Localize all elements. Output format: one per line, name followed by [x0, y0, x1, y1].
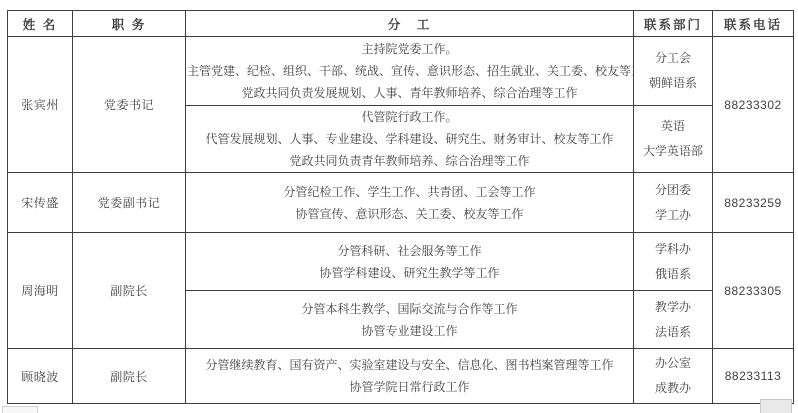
screenshot-corner-artifact-right [760, 399, 792, 413]
duty-line: 协管专业建设工作 [187, 320, 632, 342]
phone-cell: 88233302 [713, 37, 794, 173]
duties-cell: 分管科研、社会服务等工作协管学科建设、研究生教学等工作 [186, 233, 634, 291]
duties-cell: 代管院行政工作。代管发展规划、人事、专业建设、学科建设、研究生、财务审计、校友等… [186, 106, 634, 173]
screenshot-corner-artifact-left [2, 406, 38, 413]
department-cell: 分团委学工办 [634, 173, 713, 233]
department-line: 英语 [635, 114, 711, 139]
department-cell: 学科办俄语系 [634, 233, 713, 291]
duty-line: 党政共同负责发展规划、人事、青年教师培养、综合治理等工作 [187, 82, 632, 104]
duty-line: 分管本科生教学、国际交流与合作等工作 [187, 298, 632, 320]
title-cell: 副院长 [73, 349, 186, 404]
name-cell: 张宾州 [8, 37, 73, 173]
duty-line: 协管学院日常行政工作 [187, 376, 632, 398]
title-cell: 副院长 [73, 233, 186, 349]
table-body: 张宾州党委书记主持院党委工作。主管党建、纪检、组织、干部、统战、宣传、意识形态、… [8, 37, 794, 404]
duty-line: 协管学科建设、研究生教学等工作 [187, 262, 632, 284]
duty-line: 主管党建、纪检、组织、干部、统战、宣传、意识形态、招生就业、关工委、校友等工作 [187, 60, 632, 82]
leadership-duty-table: 姓 名职 务分 工联系部门联系电话 张宾州党委书记主持院党委工作。主管党建、纪检… [7, 10, 794, 404]
duty-line: 党政共同负责青年教师培养、综合治理等工作 [187, 150, 632, 172]
department-cell: 教学办法语系 [634, 291, 713, 349]
col-header-phone: 联系电话 [713, 11, 794, 37]
duties-cell: 主持院党委工作。主管党建、纪检、组织、干部、统战、宣传、意识形态、招生就业、关工… [186, 37, 634, 106]
phone-cell: 88233259 [713, 173, 794, 233]
department-line: 成教办 [635, 376, 711, 401]
department-cell: 分工会朝鲜语系 [634, 37, 713, 106]
name-cell: 顾晓波 [8, 349, 73, 404]
department-line: 教学办 [635, 295, 711, 320]
duty-line: 主持院党委工作。 [187, 38, 632, 60]
name-cell: 周海明 [8, 233, 73, 349]
department-line: 办公室 [635, 351, 711, 376]
department-line: 分团委 [635, 178, 711, 203]
phone-cell: 88233113 [713, 349, 794, 404]
duties-cell: 分管继续教育、国有资产、实验室建设与安全、信息化、图书档案管理等工作协管学院日常… [186, 349, 634, 404]
duty-line: 分管纪检工作、学生工作、共青团、工会等工作 [187, 181, 632, 203]
department-line: 法语系 [635, 320, 711, 345]
duty-line: 代管发展规划、人事、专业建设、学科建设、研究生、财务审计、校友等工作 [187, 128, 632, 150]
department-cell: 英语大学英语部 [634, 106, 713, 173]
table-row: 顾晓波副院长分管继续教育、国有资产、实验室建设与安全、信息化、图书档案管理等工作… [8, 349, 794, 404]
duty-line: 代管院行政工作。 [187, 106, 632, 128]
department-line: 俄语系 [635, 262, 711, 287]
duties-cell: 分管本科生教学、国际交流与合作等工作协管专业建设工作 [186, 291, 634, 349]
department-line: 学科办 [635, 237, 711, 262]
title-cell: 党委副书记 [73, 173, 186, 233]
department-cell: 办公室成教办 [634, 349, 713, 404]
table-header: 姓 名职 务分 工联系部门联系电话 [8, 11, 794, 37]
col-header-department: 联系部门 [634, 11, 713, 37]
title-cell: 党委书记 [73, 37, 186, 173]
duty-line: 分管继续教育、国有资产、实验室建设与安全、信息化、图书档案管理等工作 [187, 354, 632, 376]
table-header-row: 姓 名职 务分 工联系部门联系电话 [8, 11, 794, 37]
col-header-title: 职 务 [73, 11, 186, 37]
col-header-duties: 分 工 [186, 11, 634, 37]
department-line: 学工办 [635, 203, 711, 228]
duty-line: 分管科研、社会服务等工作 [187, 240, 632, 262]
duties-cell: 分管纪检工作、学生工作、共青团、工会等工作协管宣传、意识形态、关工委、校友等工作 [186, 173, 634, 233]
table-row: 宋传盛党委副书记分管纪检工作、学生工作、共青团、工会等工作协管宣传、意识形态、关… [8, 173, 794, 233]
table-row: 周海明副院长分管科研、社会服务等工作协管学科建设、研究生教学等工作学科办俄语系8… [8, 233, 794, 291]
department-line: 朝鲜语系 [635, 71, 711, 96]
col-header-name: 姓 名 [8, 11, 73, 37]
phone-cell: 88233305 [713, 233, 794, 349]
table-row: 张宾州党委书记主持院党委工作。主管党建、纪检、组织、干部、统战、宣传、意识形态、… [8, 37, 794, 106]
duty-line: 协管宣传、意识形态、关工委、校友等工作 [187, 203, 632, 225]
department-line: 大学英语部 [635, 139, 711, 164]
department-line: 分工会 [635, 46, 711, 71]
name-cell: 宋传盛 [8, 173, 73, 233]
